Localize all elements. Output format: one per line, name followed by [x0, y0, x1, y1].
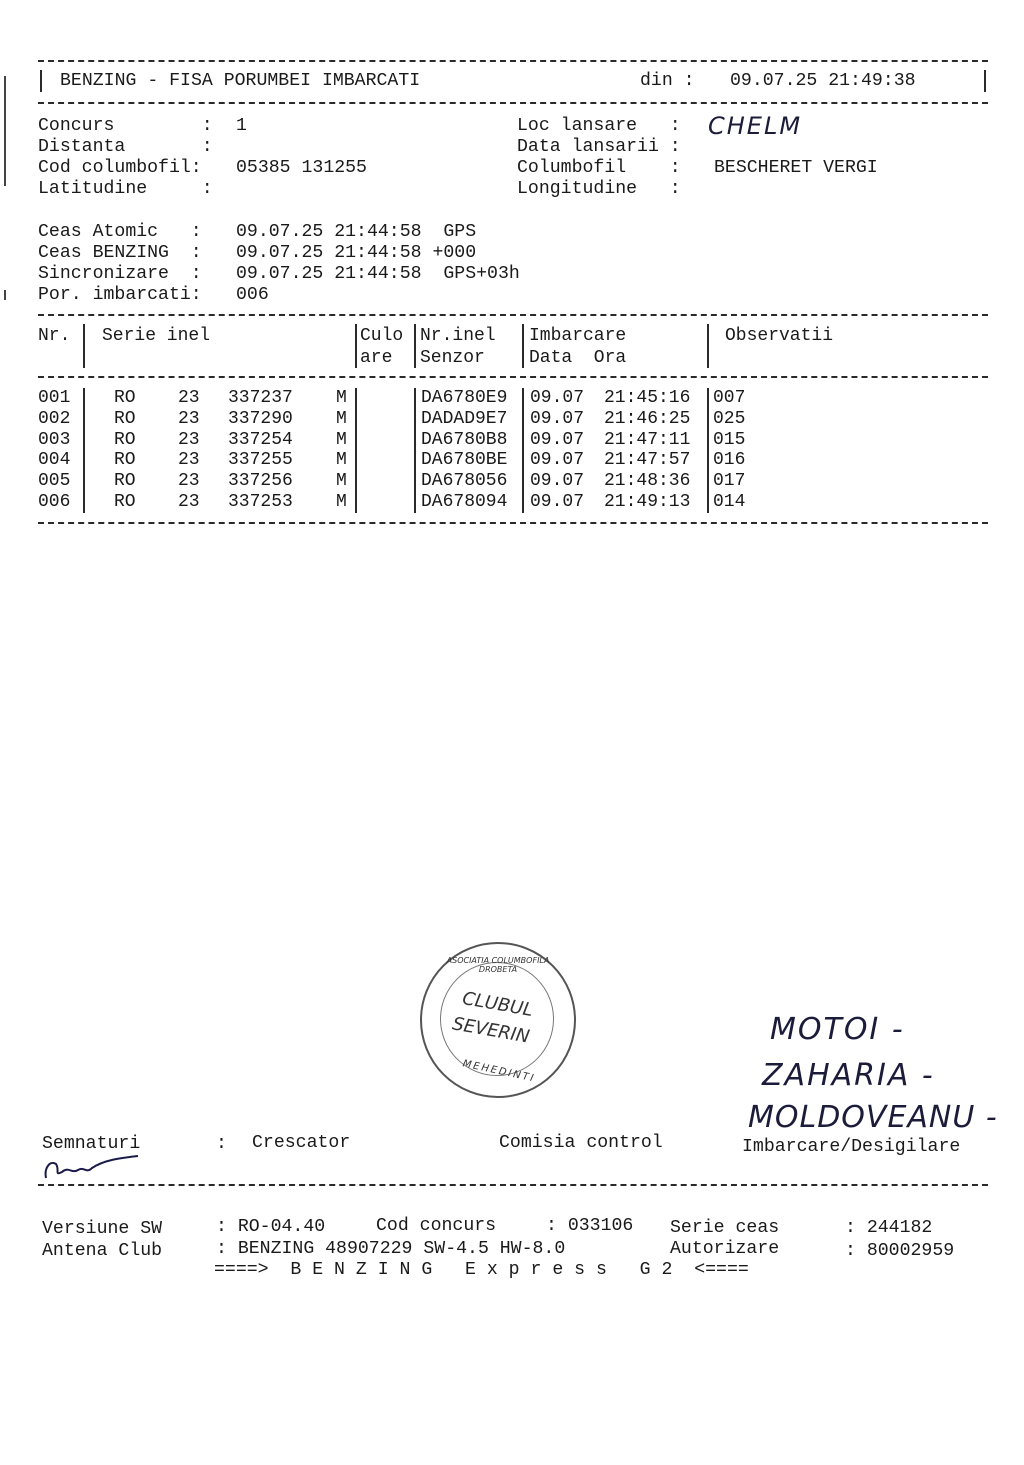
divider [38, 314, 988, 316]
row-observatii: 015 [713, 430, 745, 451]
row-sex: M [336, 450, 347, 471]
row-nr: 005 [38, 471, 70, 492]
row-sex: M [336, 430, 347, 451]
clock-label-benzing: Ceas BENZING : [38, 243, 202, 264]
signature-comisia-control: Comisia control [499, 1133, 663, 1154]
row-country: RO [114, 492, 136, 513]
info-label-distanta: Distanta : [38, 137, 213, 158]
info-label-longitudine: Longitudine : [517, 179, 681, 200]
clock-label-porumbei: Por. imbarcati: [38, 285, 202, 306]
info-label-cod-columbofil: Cod columbofil: [38, 158, 202, 179]
clock-label-atomic: Ceas Atomic : [38, 222, 202, 243]
col-culoare-2: are [360, 348, 392, 369]
row-nr: 006 [38, 492, 70, 513]
row-ring-number: 337237 [228, 388, 293, 409]
row-country: RO [114, 409, 136, 430]
clock-value-sincronizare: 09.07.25 21:44:58 GPS+03h [236, 264, 520, 285]
club-stamp: ASOCIATIA COLUMBOFILA DROBETA CLUBUL SEV… [420, 942, 576, 1098]
row-senzor: DA678056 [421, 471, 507, 492]
row-country: RO [114, 450, 136, 471]
col-divider [414, 324, 416, 368]
row-senzor: DA6780E9 [421, 388, 507, 409]
row-ring-number: 337255 [228, 450, 293, 471]
col-divider [522, 388, 524, 513]
col-divider [522, 324, 524, 368]
col-senzor-2: Senzor [420, 348, 485, 369]
clock-value-benzing: 09.07.25 21:44:58 +000 [236, 243, 476, 264]
info-value-columbofil: BESCHERET VERGI [714, 158, 878, 179]
clock-value-porumbei: 006 [236, 285, 269, 306]
footer-serie-ceas-value: : 244182 [845, 1218, 932, 1239]
footer-autorizare-value: : 80002959 [845, 1241, 954, 1262]
col-divider [707, 388, 709, 513]
clock-value-atomic: 09.07.25 21:44:58 GPS [236, 222, 476, 243]
info-label-latitudine: Latitudine : [38, 179, 213, 200]
header-bar-right [984, 70, 986, 92]
row-data: 09.07 [530, 471, 584, 492]
row-ring-number: 337253 [228, 492, 293, 513]
row-senzor: DA6780B8 [421, 430, 507, 451]
footer-serie-ceas-label: Serie ceas [670, 1218, 779, 1239]
row-data: 09.07 [530, 430, 584, 451]
row-sex: M [336, 471, 347, 492]
col-divider [355, 324, 357, 368]
row-data: 09.07 [530, 450, 584, 471]
row-year: 23 [178, 388, 200, 409]
col-divider [414, 388, 416, 513]
row-nr: 003 [38, 430, 70, 451]
row-country: RO [114, 430, 136, 451]
info-value-loc-lansare: CHELM [708, 112, 802, 140]
info-label-loc-lansare: Loc lansare : [517, 116, 681, 137]
row-nr: 001 [38, 388, 70, 409]
col-divider [83, 324, 85, 368]
row-year: 23 [178, 471, 200, 492]
signature-crescator: Crescator [252, 1133, 350, 1154]
print-date-value: 09.07.25 21:49:38 [730, 71, 916, 92]
crescator-signature-scribble [38, 1150, 148, 1184]
info-value-concurs: 1 [236, 116, 247, 137]
col-culoare-1: Culo [360, 326, 403, 347]
col-senzor-1: Nr.inel [420, 326, 496, 347]
row-data: 09.07 [530, 492, 584, 513]
divider [38, 522, 988, 524]
row-ora: 21:48:36 [604, 471, 690, 492]
footer-autorizare-label: Autorizare [670, 1239, 779, 1260]
row-nr: 002 [38, 409, 70, 430]
clock-label-sincronizare: Sincronizare : [38, 264, 202, 285]
header-bar-left [40, 70, 42, 92]
row-year: 23 [178, 430, 200, 451]
info-label-data-lansarii: Data lansarii : [517, 137, 681, 158]
info-value-cod-columbofil: 05385 131255 [236, 158, 367, 179]
row-data: 09.07 [530, 388, 584, 409]
row-year: 23 [178, 450, 200, 471]
col-nr: Nr. [38, 326, 70, 347]
row-observatii: 025 [713, 409, 745, 430]
stamp-outer-text: ASOCIATIA COLUMBOFILA DROBETA [428, 956, 568, 974]
col-divider [83, 388, 85, 513]
handwritten-signature-motoi: MOTOI - [770, 1012, 905, 1047]
footer-antena-label: Antena Club [42, 1241, 162, 1262]
row-ora: 21:49:13 [604, 492, 690, 513]
row-data: 09.07 [530, 409, 584, 430]
col-divider [355, 388, 357, 513]
row-sex: M [336, 388, 347, 409]
col-imbarcare-1: Imbarcare [529, 326, 626, 347]
signatures-colon: : [216, 1134, 227, 1155]
col-divider [707, 324, 709, 368]
footer-versiune-label: Versiune SW [42, 1219, 162, 1240]
footer-antena-value: : BENZING 48907229 SW-4.5 HW-8.0 [216, 1239, 565, 1260]
footer-cod-concurs-value: : 033106 [546, 1216, 633, 1237]
row-country: RO [114, 388, 136, 409]
document-title: BENZING - FISA PORUMBEI IMBARCATI [60, 71, 420, 92]
divider [38, 102, 988, 104]
col-imbarcare-2: Data Ora [529, 348, 626, 369]
col-observatii: Observatii [725, 326, 833, 347]
row-year: 23 [178, 492, 200, 513]
row-year: 23 [178, 409, 200, 430]
signature-imbarcare-desigilare: Imbarcare/Desigilare [742, 1137, 960, 1158]
handwritten-signature-moldoveanu: MOLDOVEANU - [748, 1100, 998, 1135]
row-senzor: DA6780BE [421, 450, 507, 471]
info-label-columbofil: Columbofil : [517, 158, 681, 179]
row-ora: 21:45:16 [604, 388, 690, 409]
col-serie-inel: Serie inel [102, 326, 210, 347]
row-nr: 004 [38, 450, 70, 471]
row-ora: 21:47:57 [604, 450, 690, 471]
row-sex: M [336, 409, 347, 430]
row-observatii: 007 [713, 388, 745, 409]
row-observatii: 014 [713, 492, 745, 513]
footer-versiune-value: : RO-04.40 [216, 1217, 325, 1238]
divider [38, 376, 988, 378]
print-date-label: din : [640, 71, 695, 92]
row-ring-number: 337254 [228, 430, 293, 451]
row-sex: M [336, 492, 347, 513]
row-senzor: DADAD9E7 [421, 409, 507, 430]
row-ora: 21:47:11 [604, 430, 690, 451]
row-ring-number: 337290 [228, 409, 293, 430]
row-senzor: DA678094 [421, 492, 507, 513]
row-ring-number: 337256 [228, 471, 293, 492]
divider [38, 60, 988, 62]
row-observatii: 016 [713, 450, 745, 471]
scan-margin-mark [4, 290, 6, 300]
divider [38, 1184, 988, 1186]
row-observatii: 017 [713, 471, 745, 492]
row-country: RO [114, 471, 136, 492]
info-label-concurs: Concurs : [38, 116, 213, 137]
scan-margin-mark [4, 76, 6, 186]
footer-cod-concurs-label: Cod concurs [376, 1216, 496, 1237]
row-ora: 21:46:25 [604, 409, 690, 430]
footer-banner: ====> B E N Z I N G E x p r e s s G 2 <=… [214, 1260, 749, 1281]
handwritten-signature-zaharia: ZAHARIA - [762, 1058, 935, 1093]
